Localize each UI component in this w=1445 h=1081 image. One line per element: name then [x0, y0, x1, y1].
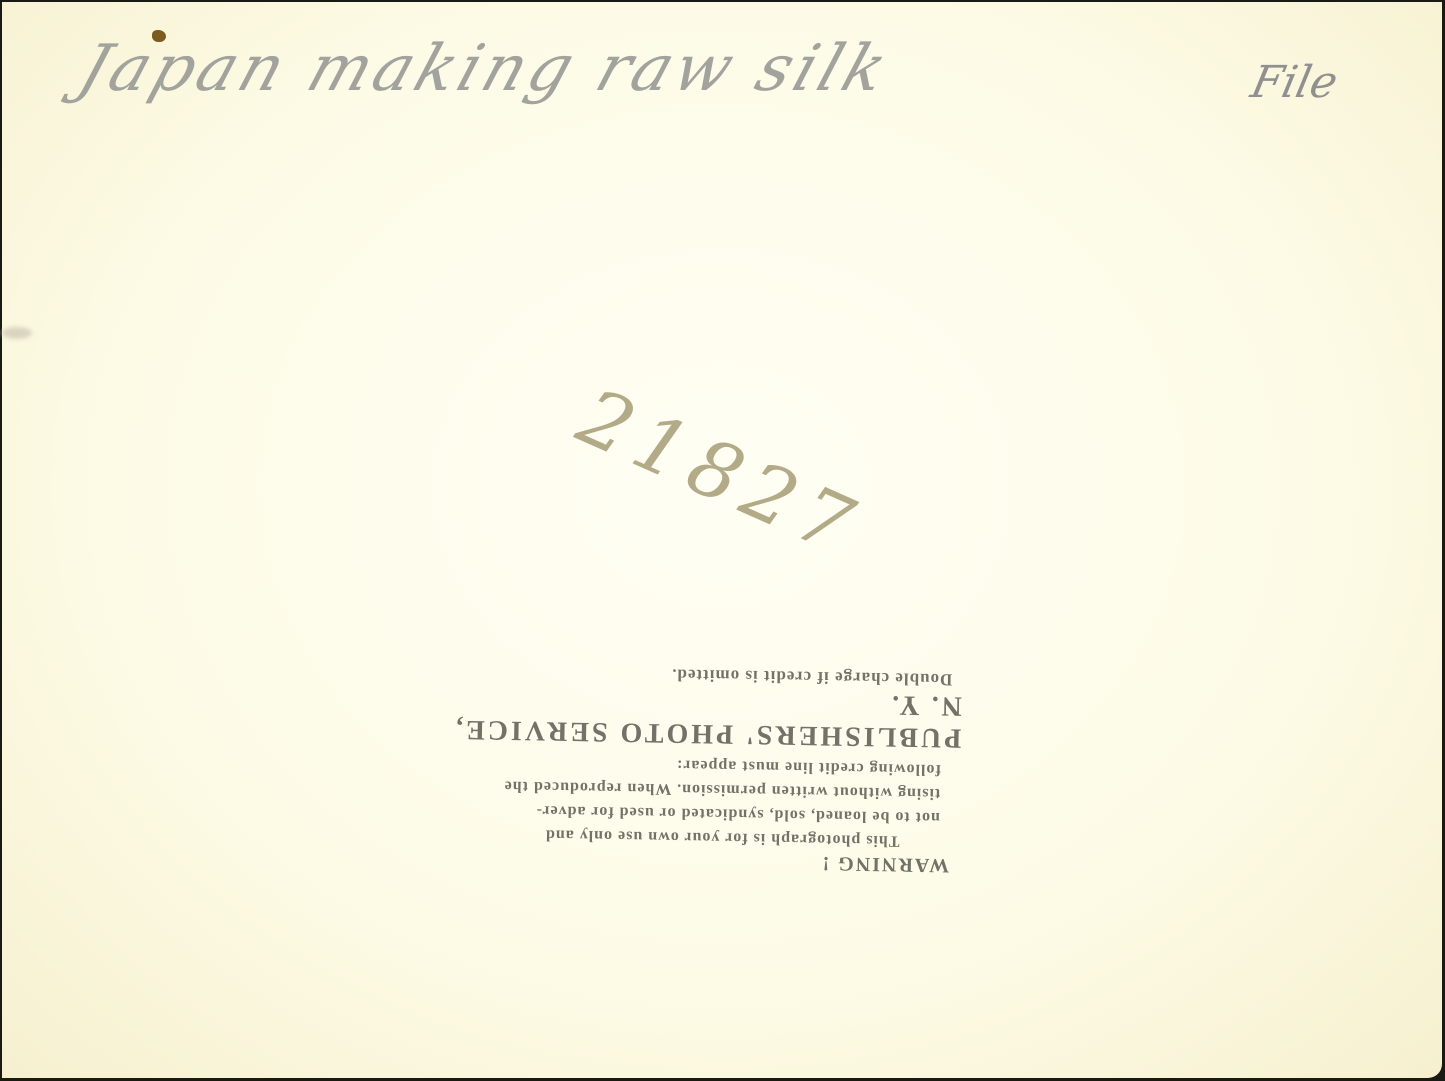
smudge-mark	[2, 327, 32, 339]
stamp-agency: PUBLISHERS' PHOTO SERVICE, N. Y.	[441, 680, 962, 753]
handwritten-file-note: File	[1247, 57, 1343, 108]
photo-back-card: Japan making raw silk File 21827 WARNING…	[2, 2, 1442, 1078]
handwritten-caption: Japan making raw silk	[70, 32, 900, 106]
warning-stamp: WARNING ! This photograph is for your ow…	[439, 517, 965, 876]
